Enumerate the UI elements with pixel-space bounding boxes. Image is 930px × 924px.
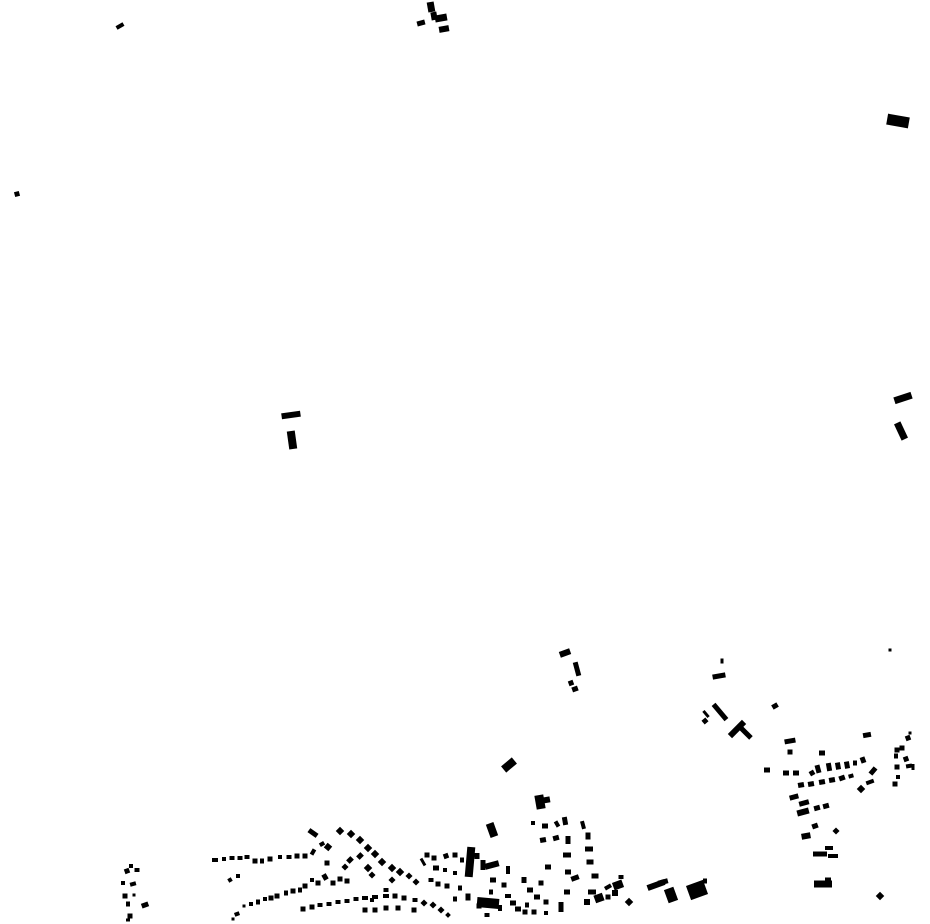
building-footprint [894,754,898,759]
building-footprint [895,765,900,770]
building-footprint [889,649,892,652]
building-footprint [402,896,407,901]
building-footprint [303,884,308,889]
map-background [0,0,930,924]
building-footprint [585,847,593,852]
building-footprint [275,894,280,899]
building-footprint [522,877,527,883]
building-footprint [123,894,128,899]
building-footprint [249,902,253,906]
building-footprint [502,883,507,888]
building-footprint [212,858,218,862]
building-footprint [331,881,336,886]
building-footprint [135,868,140,872]
building-footprint [269,896,274,901]
building-footprint [475,853,480,859]
building-footprint [433,866,439,871]
building-footprint [477,904,482,909]
building-footprint [432,856,437,861]
building-footprint [298,888,302,893]
building-footprint [542,824,548,829]
building-footprint [260,859,264,864]
building-footprint [363,908,368,913]
building-footprint [238,856,243,860]
building-footprint [893,782,898,787]
building-footprint-map [0,0,930,924]
building-footprint [354,897,359,901]
building-footprint [338,877,343,882]
building-footprint [808,781,815,787]
building-footprint [316,881,321,886]
building-footprint [263,897,267,901]
building-footprint [566,836,571,844]
building-footprint [256,900,260,905]
building-footprint [236,874,240,878]
building-footprint [612,890,618,896]
building-footprint [564,890,570,895]
building-footprint [813,852,827,857]
building-footprint [481,860,486,870]
building-footprint [506,866,510,874]
building-footprint [819,779,826,785]
building-footprint [230,856,235,860]
building-footprint [133,894,136,897]
building-footprint [900,746,905,751]
building-footprint [525,903,529,908]
building-footprint [453,853,458,858]
building-footprint [425,853,430,858]
building-footprint [295,854,300,859]
building-footprint [819,751,825,756]
building-footprint [515,907,521,912]
building-footprint [303,854,308,859]
building-footprint [393,894,398,899]
building-footprint [829,777,836,783]
building-footprint [318,903,323,907]
building-footprint [443,868,447,872]
building-footprint [505,894,511,898]
building-footprint [584,899,590,905]
building-footprint [458,886,462,891]
building-footprint [909,732,912,735]
building-footprint [232,918,235,921]
building-footprint [301,907,306,912]
building-footprint [895,748,900,753]
building-footprint [592,874,599,879]
building-footprint [523,910,528,915]
building-footprint [453,897,457,902]
building-footprint [825,846,833,850]
building-footprint [345,899,350,903]
building-footprint [721,659,724,664]
building-footprint [396,906,401,911]
building-footprint [222,857,226,861]
building-footprint [531,821,535,825]
building-footprint [534,895,540,900]
building-footprint [291,889,296,894]
building-footprint [253,859,258,864]
building-footprint [129,864,133,868]
building-footprint [544,900,549,905]
building-footprint [336,900,341,904]
building-footprint [587,860,594,865]
building-footprint [586,833,591,840]
building-footprint [798,782,805,788]
building-footprint [284,891,288,896]
building-footprint [498,905,502,911]
building-footprint [853,761,857,766]
building-footprint [310,905,315,910]
building-footprint [384,906,389,911]
building-footprint [287,855,292,859]
building-footprint [545,865,551,870]
building-footprint [445,884,450,889]
building-footprint [245,855,250,859]
building-footprint [453,871,457,875]
building-footprint [539,881,544,886]
building-footprint [412,908,417,913]
building-footprint [413,898,418,902]
building-footprint [783,771,789,776]
building-footprint [128,914,133,919]
building-footprint [544,911,548,915]
building-footprint [825,878,831,883]
building-footprint [466,894,471,901]
building-footprint [565,870,571,875]
building-footprint [896,775,900,779]
building-footprint [429,878,434,882]
building-footprint [532,910,537,915]
building-footprint [788,750,793,755]
building-footprint [373,908,378,913]
building-footprint [510,901,516,906]
building-footprint [764,768,770,773]
building-footprint [588,890,596,895]
building-footprint [384,888,389,892]
building-footprint [540,837,547,843]
building-footprint [362,896,368,900]
building-footprint [268,857,273,862]
building-footprint [793,771,799,776]
building-footprint [243,905,246,908]
building-footprint [606,895,611,900]
building-footprint [489,890,493,895]
building-footprint [383,894,389,898]
building-footprint [345,879,350,884]
building-footprint [527,888,533,893]
building-footprint [559,902,564,912]
building-footprint [828,854,838,858]
building-footprint [912,764,915,770]
building-footprint [460,858,464,863]
building-footprint [490,878,496,883]
building-footprint [370,898,374,902]
building-footprint [126,902,130,907]
building-footprint [310,878,314,882]
building-footprint [126,919,130,922]
building-footprint [485,913,490,917]
building-footprint [436,882,441,887]
building-footprint [619,875,624,879]
building-footprint [563,853,571,858]
building-footprint [703,879,707,884]
building-footprint [327,902,332,906]
building-footprint [121,881,125,885]
building-footprint [325,861,330,866]
building-footprint [278,855,282,859]
